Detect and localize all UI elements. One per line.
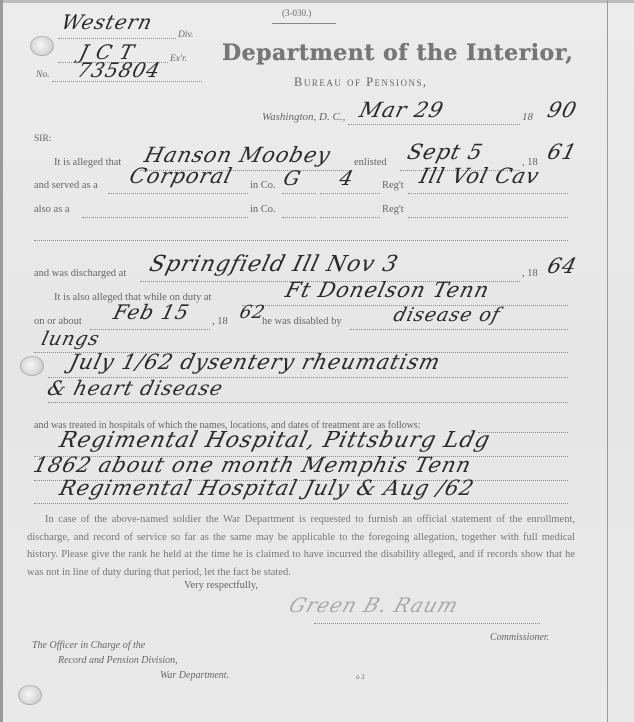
disability-cause-line [350, 329, 568, 330]
form-number: (3-030.) [282, 8, 311, 18]
request-paragraph-text: In case of the above-named soldier the W… [27, 514, 575, 578]
disability-year-prefix: , 18 [212, 316, 228, 327]
enlisted-year-value: 61 [545, 140, 580, 164]
page-left-edge [0, 0, 3, 722]
disability-date-value: Feb 15 [111, 300, 192, 324]
disabled-by-label: he was disabled by [262, 316, 342, 327]
regiment-unit-line [408, 193, 568, 194]
form-number-rule [272, 23, 336, 24]
hospital-line-3 [34, 503, 568, 504]
disability-cause-2: lungs [39, 328, 102, 350]
disability-date-line [90, 329, 210, 330]
punch-hole-icon [20, 356, 44, 376]
pension-form-page: (3-030.) Western Div. J C T Ex'r. No. 73… [0, 0, 634, 722]
addressee-line-2: Record and Pension Division, [58, 655, 178, 666]
date-line [348, 124, 520, 125]
on-or-about-label: on or about [34, 316, 82, 327]
discharged-value: Springfield Ill Nov 3 [147, 252, 401, 277]
also-regiment-line [408, 217, 568, 218]
discharged-year-prefix: , 18 [522, 268, 538, 279]
regiment-number-line [320, 193, 380, 194]
hospital-entry-1: Regimental Hospital, Pittsburg Ldg [57, 428, 493, 453]
discharged-year-value: 64 [545, 254, 580, 278]
enlisted-label: enlisted [354, 157, 387, 168]
disability-cause-line-4 [48, 402, 568, 403]
department-title: Department of the Interior, [222, 40, 573, 66]
addressee-line-3: War Department. [160, 670, 229, 681]
year-prefix: 18 [522, 111, 533, 123]
company-line [282, 193, 316, 194]
claim-number-value: 735804 [75, 58, 163, 82]
enlisted-date-value: Sept 5 [405, 140, 486, 164]
regiment-label: Reg't [382, 180, 404, 191]
right-margin-rule [607, 0, 608, 722]
alleged-that-label: It is alleged that [54, 157, 121, 168]
footer-mark: o 2 [356, 673, 365, 681]
blank-line [34, 240, 568, 241]
very-respectfully: Very respectfully, [184, 580, 258, 591]
request-paragraph: In case of the above-named soldier the W… [27, 511, 575, 581]
examiner-label: Ex'r. [170, 54, 187, 64]
addressee-line-1: The Officer in Charge of the [32, 640, 145, 651]
commissioner-title: Commissioner. [490, 632, 549, 643]
disability-cause-3: July 1/62 dysentery rheumatism [67, 350, 443, 374]
punch-hole-icon [30, 36, 54, 56]
punch-hole-icon [18, 685, 42, 705]
hospital-entry-2: 1862 about one month Memphis Tenn [31, 453, 474, 477]
date-value: Mar 29 [357, 98, 446, 122]
salutation: SIR: [34, 134, 51, 144]
discharged-at-label: and was discharged at [34, 268, 126, 279]
division-label: Div. [178, 30, 193, 40]
also-company-line [282, 217, 316, 218]
bureau-title: Bureau of Pensions, [294, 75, 428, 90]
rank-value: Corporal [127, 164, 235, 188]
place-label: Washington, D. C., [262, 111, 345, 123]
rank-line [108, 193, 248, 194]
regiment-unit-value: Ill Vol Cav [417, 164, 542, 188]
claim-number-line [52, 81, 202, 82]
duty-location-value: Ft Donelson Tenn [283, 278, 492, 302]
disability-cause-1: disease of [391, 304, 503, 326]
also-as-label: also as a [34, 204, 70, 215]
also-number-line [320, 217, 380, 218]
division-line [58, 38, 176, 39]
claim-number-label: No. [36, 70, 49, 80]
year-value: 90 [545, 98, 580, 122]
also-company-label: in Co. [250, 204, 276, 215]
disability-cause-4: & heart disease [45, 376, 226, 400]
signature-line [314, 623, 540, 624]
commissioner-signature: Green B. Raum [286, 593, 462, 617]
hospital-entry-3: Regimental Hospital July & Aug /62 [57, 476, 477, 500]
also-regiment-label: Reg't [382, 204, 404, 215]
division-value: Western [59, 10, 155, 34]
served-as-label: and served as a [34, 180, 98, 191]
also-rank-line [82, 217, 248, 218]
page-top-edge [0, 0, 634, 3]
company-label: in Co. [250, 180, 276, 191]
